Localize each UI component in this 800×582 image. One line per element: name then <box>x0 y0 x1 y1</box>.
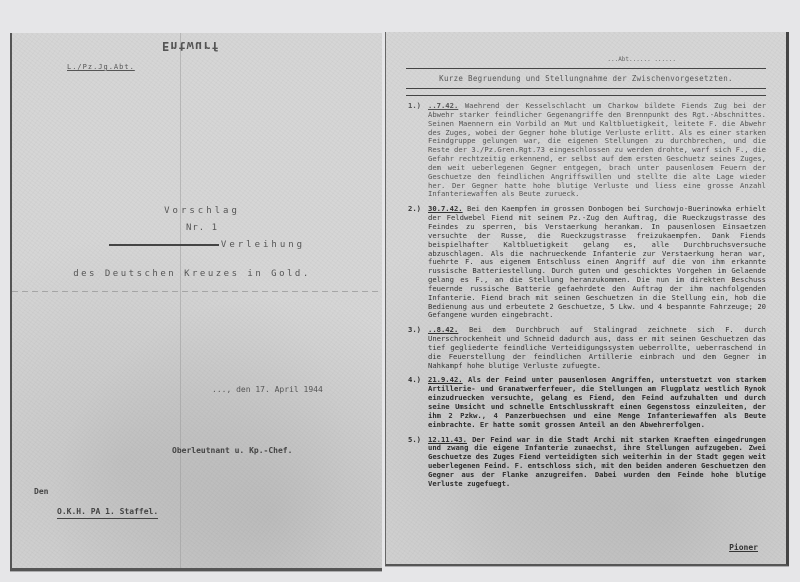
struck-text <box>109 244 219 246</box>
divider-rule <box>406 95 766 96</box>
entry-date: ..8.42. <box>428 325 458 334</box>
entry-number: 1.) <box>408 102 421 111</box>
section-title: Kurze Begruendung und Stellungnahme der … <box>416 74 756 83</box>
addressee-label: Den <box>34 487 48 496</box>
entry-number: 5.) <box>408 436 421 445</box>
entry-text: Bei den Kaempfen im grossen Donbogen bei… <box>428 204 766 319</box>
entry: 5.) 12.11.43. Der Feind war in die Stadt… <box>408 436 766 489</box>
recipient: O.K.H. PA 1. Staffel. <box>57 507 158 519</box>
paper-fold-vertical <box>180 33 181 568</box>
entry-text: Bei dem Durchbruch auf Stalingrad zeichn… <box>428 325 766 369</box>
signer-title: Oberleutnant u. Kp.-Chef. <box>172 446 292 455</box>
entry-date: 12.11.43. <box>428 435 467 444</box>
title-award: Verleihung <box>221 240 305 250</box>
title-proposal: Vorschlag <box>72 206 332 216</box>
entry-text: Als der Feind unter pausenlosen Angriffe… <box>428 375 766 428</box>
office-line: ...Abt...... ...... <box>607 56 676 63</box>
title-number: Nr. 1 <box>72 223 332 233</box>
signature: Pioner <box>729 543 758 552</box>
entry-date: ..7.42. <box>428 101 458 110</box>
entry-text: Der Feind war in die Stadt Archi mit sta… <box>428 435 766 488</box>
title-decoration: des Deutschen Kreuzes in Gold. <box>32 269 352 279</box>
draft-stamp: Entwurf <box>162 39 220 53</box>
entry-number: 4.) <box>408 376 421 385</box>
entry: 2.) 30.7.42. Bei den Kaempfen im grossen… <box>408 205 766 320</box>
divider-rule <box>406 88 766 89</box>
paper-fold-horizontal <box>12 291 382 292</box>
entry-date: 21.9.42. <box>428 375 463 384</box>
entry-number: 2.) <box>408 205 421 214</box>
title-award-line: Verleihung <box>42 240 372 250</box>
entry: 4.) 21.9.42. Als der Feind unter pausenl… <box>408 376 766 429</box>
entry: 1.) ..7.42. Waehrend der Kesselschlacht … <box>408 102 766 199</box>
unit-reference: L./Pz.Jg.Abt. <box>67 63 135 71</box>
entry-number: 3.) <box>408 326 421 335</box>
entry-text: Waehrend der Kesselschlacht um Charkow b… <box>428 101 766 198</box>
justification-entries: 1.) ..7.42. Waehrend der Kesselschlacht … <box>408 102 766 495</box>
left-document-page: Entwurf L./Pz.Jg.Abt. Vorschlag Nr. 1 Ve… <box>10 33 382 571</box>
dateline: ..., den 17. April 1944 <box>212 385 323 394</box>
entry: 3.) ..8.42. Bei dem Durchbruch auf Stali… <box>408 326 766 370</box>
divider-rule <box>406 68 766 69</box>
right-document-page: ...Abt...... ...... Kurze Begruendung un… <box>385 32 789 566</box>
entry-date: 30.7.42. <box>428 204 463 213</box>
